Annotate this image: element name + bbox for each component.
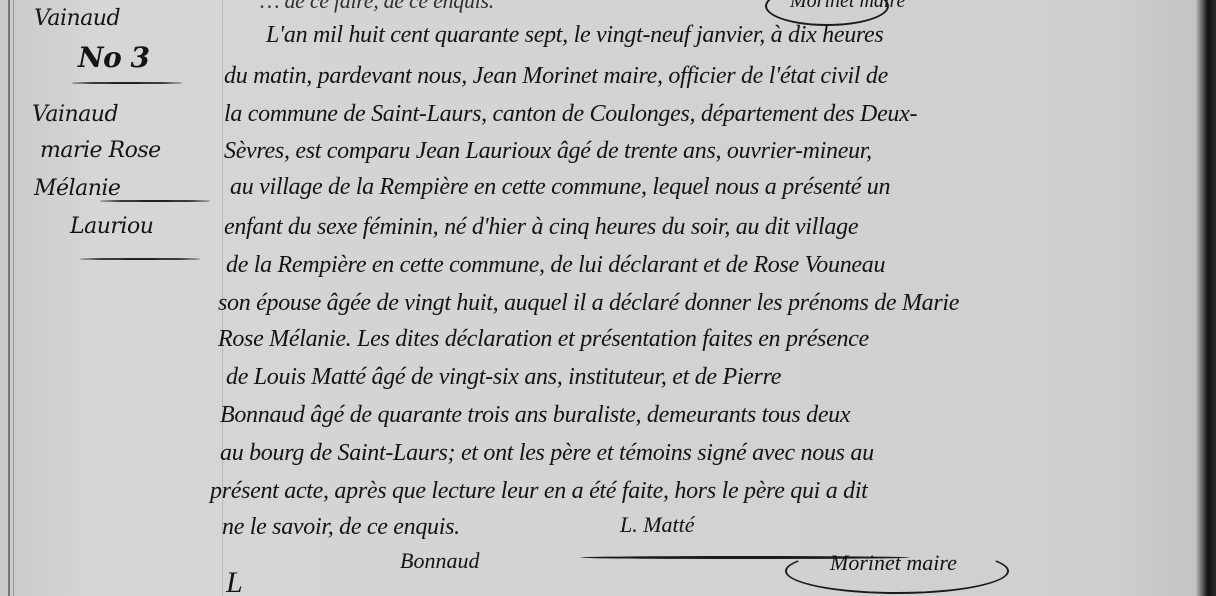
record-line-14: ne le savoir, de ce enquis. (222, 514, 460, 541)
margin-entry-number: No 3 (78, 44, 150, 72)
record-line-13: présent acte, après que lecture leur en … (210, 478, 868, 505)
record-line-11: Bonnaud âgé de quarante trois ans burali… (220, 402, 850, 429)
margin-underline (80, 258, 200, 260)
previous-entry-tail: … de ce faire, de ce enquis. (260, 0, 494, 14)
margin-surname-1: Vainaud (34, 8, 120, 30)
margin-underline (100, 200, 210, 202)
margin-rule-left (8, 0, 14, 596)
margin-other-name: Lauriou (70, 216, 153, 238)
book-spine-edge (1196, 0, 1216, 596)
record-line-5: au village de la Rempière en cette commu… (230, 174, 890, 201)
record-line-1: L'an mil huit cent quarante sept, le vin… (266, 22, 883, 49)
record-line-10: de Louis Matté âgé de vingt-six ans, ins… (226, 364, 781, 391)
record-line-9: Rose Mélanie. Les dites déclaration et p… (218, 326, 869, 353)
record-line-7: de la Rempière en cette commune, de lui … (226, 252, 885, 279)
record-line-6: enfant du sexe féminin, né d'hier à cinq… (224, 214, 858, 241)
record-line-4: Sèvres, est comparu Jean Laurioux âgé de… (224, 138, 872, 165)
witness-signature-bonnaud: Bonnaud (400, 548, 479, 574)
margin-underline (72, 82, 182, 84)
margin-surname-2: Vainaud (32, 104, 118, 126)
next-entry-start: L (226, 566, 243, 596)
register-page: Vainaud No 3 Vainaud marie Rose Mélanie … (0, 0, 1196, 596)
record-line-2: du matin, pardevant nous, Jean Morinet m… (224, 63, 888, 90)
witness-signature-matte: L. Matté (620, 512, 695, 538)
signature-loop (785, 548, 1009, 594)
record-line-3: la commune de Saint-Laurs, canton de Cou… (224, 101, 917, 128)
record-line-8: son épouse âgée de vingt huit, auquel il… (218, 290, 959, 317)
margin-given-names-1: marie Rose (40, 140, 161, 162)
record-line-12: au bourg de Saint-Laurs; et ont les père… (220, 440, 874, 467)
margin-given-names-2: Mélanie (34, 178, 120, 200)
